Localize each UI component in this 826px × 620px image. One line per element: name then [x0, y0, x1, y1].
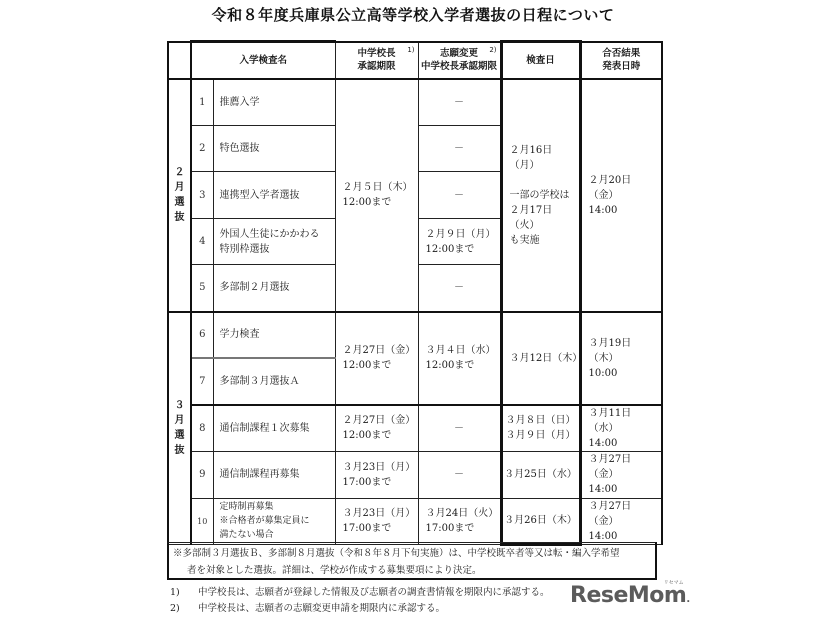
change-deadline: ３月24日（火）17:00まで: [418, 498, 501, 544]
footnote-2: 2)中学校長は、志願者の志願変更申請を期限内に承認する。: [170, 600, 445, 614]
change-deadline: －: [418, 265, 501, 312]
table-row: ２月選抜 1 推薦入学 ２月５日（木）12:00まで － ２月16日（月） 一部…: [168, 79, 662, 126]
exam-name: 定時制再募集※合格者が募集定員に満たない場合: [213, 498, 335, 544]
header-result: 合否結果 発表日時: [580, 42, 662, 79]
table-row: 9 通信制課程再募集 ３月23日（月）17:00まで － ３月25日（水） ３月…: [168, 451, 662, 498]
group-label-february: ２月選抜: [168, 79, 191, 312]
exam-date: ３月26日（木）: [501, 498, 580, 544]
principal-deadline: ３月23日（月）17:00まで: [335, 498, 418, 544]
result-feb: ２月20日（金）14:00: [580, 79, 662, 312]
exam-name: 推薦入学: [213, 79, 335, 126]
principal-deadline-feb: ２月５日（木）12:00まで: [335, 79, 418, 312]
exam-date-6-7: ３月12日（木）: [501, 312, 580, 405]
change-deadline: －: [418, 172, 501, 219]
exam-name: 通信制課程１次募集: [213, 405, 335, 452]
row-number: 6: [191, 312, 213, 358]
row-number: 3: [191, 172, 213, 219]
footnote-ref-1: 1): [407, 44, 414, 57]
result: ３月27日（金）14:00: [580, 498, 662, 544]
row-number: 7: [191, 358, 213, 405]
note-line-1: ※多部制３月選抜Ｂ、多部制８月選抜（令和８年８月下旬実施）は、中学校既卒者等又は…: [173, 545, 655, 562]
principal-deadline-6-7: ２月27日（金）12:00まで: [335, 312, 418, 405]
note-box: ※多部制３月選抜Ｂ、多部制８月選抜（令和８年８月下旬実施）は、中学校既卒者等又は…: [167, 542, 657, 580]
table-row: ３月選抜 6 学力検査 ２月27日（金）12:00まで ３月４日（水）12:00…: [168, 312, 662, 358]
result-6-7: ３月19日（木）10:00: [580, 312, 662, 405]
header-principal-approval: 1) 中学校長 承認期限: [335, 42, 418, 79]
exam-date: ３月８日（日）３月９日（月）: [501, 405, 580, 452]
resemom-logo: リセマム ReseMom.: [568, 583, 694, 608]
header-group-blank: [168, 42, 191, 79]
row-number: 9: [191, 451, 213, 498]
exam-name: 学力検査: [213, 312, 335, 358]
schedule-table: 入学検査名 1) 中学校長 承認期限 2) 志願変更 中学校長承認期限 検査日 …: [167, 40, 663, 546]
header-row: 入学検査名 1) 中学校長 承認期限 2) 志願変更 中学校長承認期限 検査日 …: [168, 42, 662, 79]
table-row: 10 定時制再募集※合格者が募集定員に満たない場合 ３月23日（月）17:00ま…: [168, 498, 662, 544]
row-number: 10: [191, 498, 213, 544]
footnote-ref-2: 2): [489, 44, 496, 57]
exam-name: 多部制２月選抜: [213, 265, 335, 312]
result: ３月11日（水）14:00: [580, 405, 662, 452]
logo-ruby: リセマム: [664, 579, 684, 586]
row-number: 4: [191, 219, 213, 265]
change-deadline: －: [418, 126, 501, 172]
logo-text: ReseMom: [570, 583, 686, 608]
exam-name: 特色選抜: [213, 126, 335, 172]
principal-deadline: ３月23日（月）17:00まで: [335, 451, 418, 498]
page-title: 令和８年度兵庫県公立高等学校入学者選抜の日程について: [0, 4, 826, 25]
row-number: 2: [191, 126, 213, 172]
change-deadline-6-7: ３月４日（水）12:00まで: [418, 312, 501, 405]
note-line-2: 者を対象とした選抜。詳細は、学校が作成する募集要項により決定。: [173, 562, 655, 579]
header-exam-name: 入学検査名: [191, 42, 335, 79]
header-exam-date: 検査日: [501, 42, 580, 79]
footnote-1: 1)中学校長は、志願者が登録した情報及び志願者の調査書情報を期限内に承認する。: [170, 584, 550, 598]
result: ３月27日（金）14:00: [580, 451, 662, 498]
exam-name: 通信制課程再募集: [213, 451, 335, 498]
group-label-march: ３月選抜: [168, 312, 191, 545]
exam-name: 多部制３月選抜Ａ: [213, 358, 335, 405]
change-deadline: ２月９日（月）12:00まで: [418, 219, 501, 265]
change-deadline: －: [418, 451, 501, 498]
row-number: 8: [191, 405, 213, 452]
row-number: 1: [191, 79, 213, 126]
header-change-approval: 2) 志願変更 中学校長承認期限: [418, 42, 501, 79]
table-row: 8 通信制課程１次募集 ２月27日（金）12:00まで － ３月８日（日）３月９…: [168, 405, 662, 452]
exam-date-feb: ２月16日（月） 一部の学校は ２月17日（火） も実施: [501, 79, 580, 312]
exam-name: 外国人生徒にかかわる特別枠選抜: [213, 219, 335, 265]
row-number: 5: [191, 265, 213, 312]
change-deadline: －: [418, 405, 501, 452]
change-deadline: －: [418, 79, 501, 126]
principal-deadline: ２月27日（金）12:00まで: [335, 405, 418, 452]
exam-name: 連携型入学者選抜: [213, 172, 335, 219]
exam-date: ３月25日（水）: [501, 451, 580, 498]
